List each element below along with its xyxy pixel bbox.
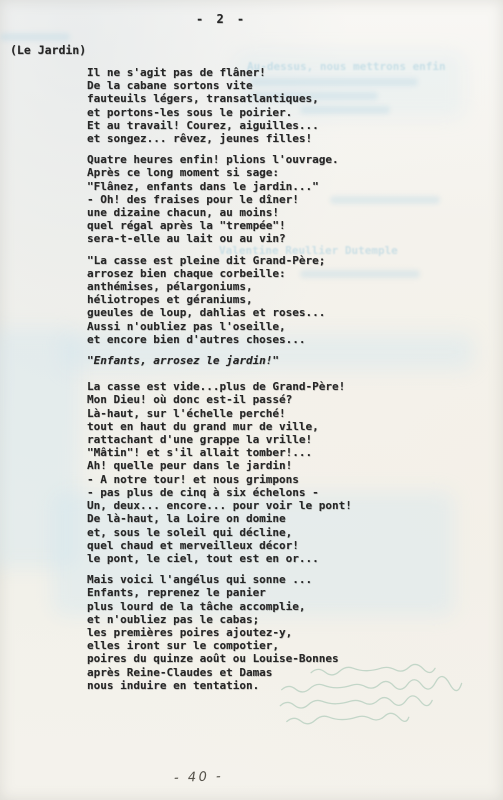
poem-line: - Oh! des fraises pour le dîner! <box>87 193 352 206</box>
poem-stanza: Il ne s'agit pas de flâner! De la cabane… <box>87 66 352 145</box>
poem-line: héliotropes et géraniums, <box>87 293 352 306</box>
page-title: (Le Jardin) <box>10 43 86 57</box>
poem-line: quel régal après la "trempée"! <box>87 219 352 232</box>
poem-line: Et au travail! Courez, aiguilles... <box>87 119 352 132</box>
poem-refrain: "Enfants, arrosez le jardin!" <box>87 354 352 367</box>
poem-line: Après ce long moment si sage: <box>87 166 352 179</box>
poem-line: et encore bien d'autres choses... <box>87 333 352 346</box>
poem-line: De la cabane sortons vite <box>87 79 352 92</box>
poem-line: le pont, le ciel, tout est en or... <box>87 552 352 565</box>
poem-line: quel chaud et merveilleux décor! <box>87 539 352 552</box>
poem-line: Mon Dieu! où donc est-il passé? <box>87 393 352 406</box>
poem-line: Ah! quelle peur dans le jardin! <box>87 459 352 472</box>
poem-line: - A notre tour! et nous grimpons <box>87 473 352 486</box>
scanned-typewritten-page: Au-dessus, nous mettrons enfin Valentine… <box>0 0 503 800</box>
bleedthrough-handwriting <box>278 660 496 732</box>
poem-stanza: "La casse est pleine dit Grand-Père; arr… <box>87 254 352 346</box>
poem-stanza: Quatre heures enfin! plions l'ouvrage. A… <box>87 153 352 245</box>
poem-line: La casse est vide...plus de Grand-Père! <box>87 380 352 393</box>
poem-line: anthémises, pélargoniums, <box>87 280 352 293</box>
poem-line: "Flânez, enfants dans le jardin..." <box>87 180 352 193</box>
bleedthrough-smudge <box>0 33 70 41</box>
poem-line: Quatre heures enfin! plions l'ouvrage. <box>87 153 352 166</box>
poem-line: arrosez bien chaque corbeille: <box>87 267 352 280</box>
poem-line: une dizaine chacun, au moins! <box>87 206 352 219</box>
poem-line: Il ne s'agit pas de flâner! <box>87 66 352 79</box>
page-number-bottom-handwritten: - 40 - <box>174 769 224 786</box>
poem-stanza: La casse est vide...plus de Grand-Père! … <box>87 380 352 565</box>
poem-line: rattachant d'une grappe la vrille! <box>87 433 352 446</box>
poem-line: Mais voici l'angélus qui sonne ... <box>87 573 352 586</box>
poem-line: gueules de loup, dahlias et roses... <box>87 306 352 319</box>
poem-line: et n'oubliez pas le cabas; <box>87 613 352 626</box>
poem-body: Il ne s'agit pas de flâner! De la cabane… <box>87 66 352 700</box>
poem-line: et, sous le soleil qui décline, <box>87 526 352 539</box>
poem-line: Enfants, reprenez le panier <box>87 586 352 599</box>
poem-line: "La casse est pleine dit Grand-Père; <box>87 254 352 267</box>
poem-line: sera-t-elle au lait ou au vin? <box>87 232 352 245</box>
poem-line: les premières poires ajoutez-y, <box>87 626 352 639</box>
poem-line: Aussi n'oubliez pas l'oseille, <box>87 320 352 333</box>
poem-line: fauteuils légers, transatlantiques, <box>87 92 352 105</box>
poem-line: "Mâtin"! et s'il allait tomber!... <box>87 446 352 459</box>
poem-line: plus lourd de la tâche accomplie, <box>87 600 352 613</box>
poem-line: "Enfants, arrosez le jardin!" <box>87 354 352 367</box>
poem-line: Un, deux... encore... pour voir le pont! <box>87 499 352 512</box>
page-number-top: - 2 - <box>196 12 247 26</box>
poem-line: Là-haut, sur l'échelle perché! <box>87 407 352 420</box>
poem-line: tout en haut du grand mur de ville, <box>87 420 352 433</box>
poem-line: et songez... rêvez, jeunes filles! <box>87 132 352 145</box>
poem-line: elles iront sur le compotier, <box>87 639 352 652</box>
poem-line: et portons-les sous le poirier. <box>87 106 352 119</box>
poem-line: De là-haut, la Loire on domine <box>87 512 352 525</box>
poem-line: - pas plus de cinq à six échelons - <box>87 486 352 499</box>
